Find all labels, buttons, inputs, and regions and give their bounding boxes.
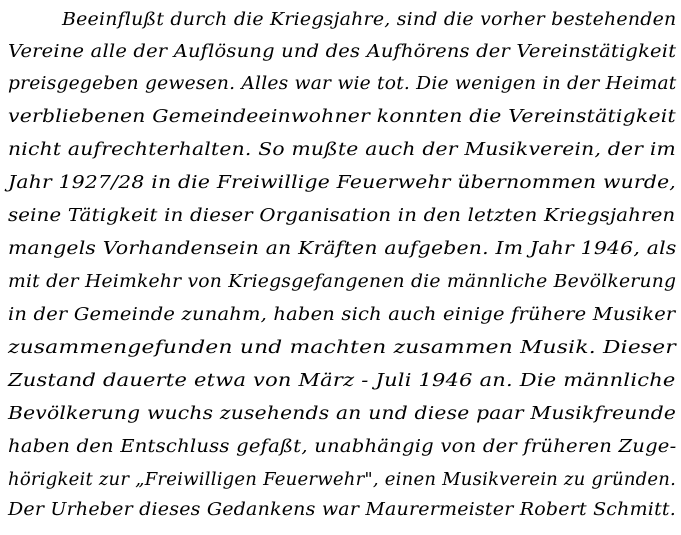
manuscript-page: Beeinflußt durch die Kriegsjahre, sind d…	[0, 0, 681, 535]
text-line: Jahr 1927/28 in die Freiwillige Feuerweh…	[8, 173, 676, 193]
text-line: zusammengefunden und machten zusammen Mu…	[8, 338, 676, 358]
text-line: haben den Entschluss gefaßt, unabhängig …	[8, 437, 676, 457]
text-line: Vereine alle der Auflösung und des Aufhö…	[8, 42, 676, 62]
text-line: in der Gemeinde zunahm, haben sich auch …	[8, 305, 675, 325]
text-line: Der Urheber dieses Gedankens war Maurerm…	[8, 500, 676, 520]
text-line: mit der Heimkehr von Kriegsgefangenen di…	[8, 272, 676, 292]
text-line: mangels Vorhandensein an Kräften aufgebe…	[8, 239, 677, 259]
text-line: hörigkeit zur „Freiwilligen Feuerwehr", …	[8, 470, 676, 490]
text-line: preisgegeben gewesen. Alles war wie tot.…	[8, 74, 676, 94]
text-line: seine Tätigkeit in dieser Organisation i…	[8, 206, 675, 226]
text-line: Zustand dauerte etwa von März - Juli 194…	[8, 371, 676, 391]
text-line: Beeinflußt durch die Kriegsjahre, sind d…	[62, 10, 676, 30]
text-line: nicht aufrechterhalten. So mußte auch de…	[8, 140, 676, 160]
text-line: verbliebenen Gemeindeeinwohner konnten d…	[8, 107, 676, 127]
text-line: Bevölkerung wuchs zusehends an und diese…	[8, 404, 676, 424]
